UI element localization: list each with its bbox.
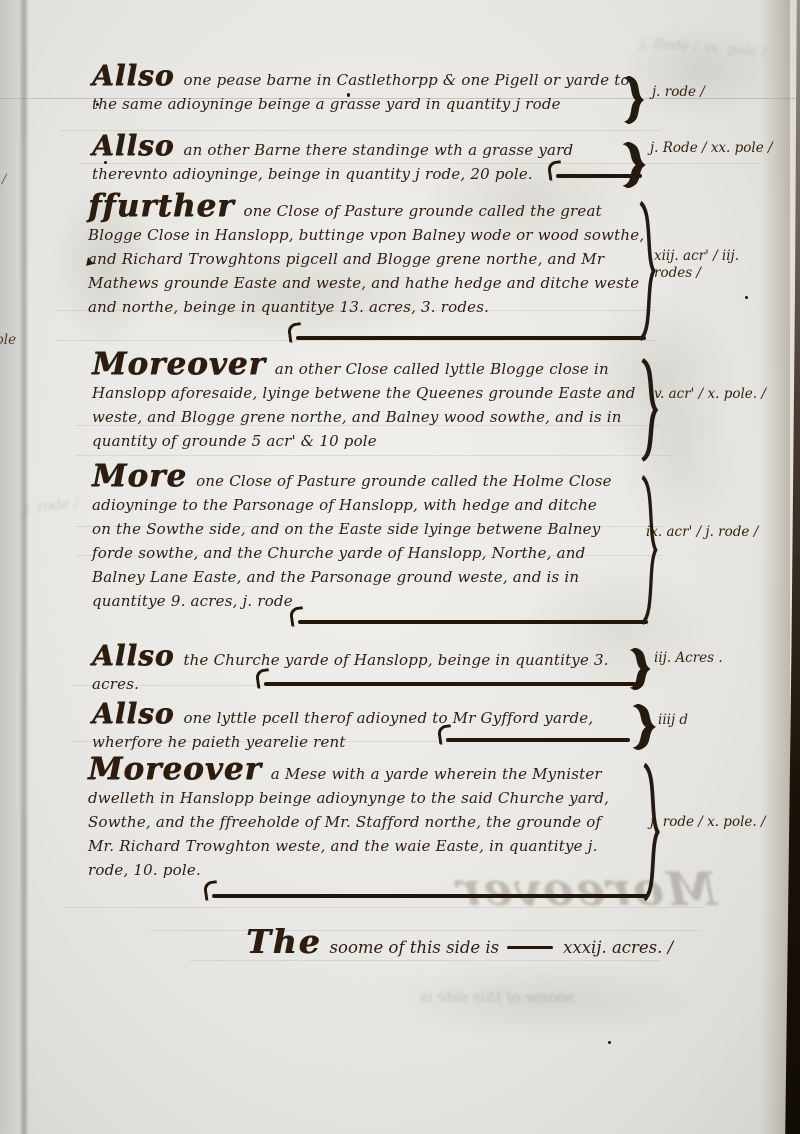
closing-pen-rule bbox=[212, 894, 648, 898]
margin-note: ix. acr' / j. rode / bbox=[646, 524, 786, 541]
survey-entry: Moreone Close of Pasture grounde called … bbox=[92, 464, 617, 613]
survey-entry: Moreovera Mese with a yarde wherein the … bbox=[88, 757, 610, 882]
manuscript-page: Moreover soome of this side is j. rode /… bbox=[0, 0, 800, 1134]
margin-brace bbox=[640, 762, 662, 902]
entry-keyword: Allso bbox=[92, 697, 183, 730]
margin-note: xiij. acr' / iij. rodes / bbox=[654, 248, 774, 282]
ruled-line bbox=[55, 340, 655, 341]
margin-note: j. rode / bbox=[652, 84, 772, 101]
survey-entry: Allsoone lyttle pcell therof adioyned to… bbox=[92, 702, 632, 754]
bleedthrough-text: soome of this side is bbox=[420, 988, 574, 1006]
margin-brace bbox=[630, 704, 656, 750]
closing-pen-rule bbox=[556, 174, 642, 178]
closing-pen-rule bbox=[264, 682, 636, 686]
sum-keyword: The bbox=[246, 922, 330, 961]
margin-note: iij. Acres . bbox=[654, 650, 774, 667]
bleedthrough-text: j. Rode / xx. pole / bbox=[640, 36, 768, 61]
margin-note: iiij d bbox=[658, 712, 758, 729]
entry-keyword: Allso bbox=[92, 129, 183, 162]
sum-body: soome of this side is bbox=[330, 938, 500, 957]
margin-note: j. rode / x. pole. / bbox=[650, 814, 780, 831]
sum-value: xxxij. acres. / bbox=[563, 938, 673, 957]
ink-speck bbox=[104, 161, 107, 164]
entry-body: one Close of Pasture grounde called the … bbox=[92, 472, 612, 610]
bleedthrough-smudge bbox=[380, 960, 710, 1040]
closing-pen-rule bbox=[296, 336, 646, 340]
ink-speck bbox=[347, 93, 350, 97]
edge-text-fragment: pole bbox=[0, 332, 18, 354]
entry-keyword: Allso bbox=[92, 639, 183, 672]
survey-entry: Allsothe Churche yarde of Hanslopp, bein… bbox=[92, 644, 617, 696]
ink-speck bbox=[608, 1041, 611, 1044]
margin-note: j. Rode / xx. pole / bbox=[650, 140, 795, 157]
bleedthrough-text: j. rode / bbox=[23, 495, 79, 517]
survey-entry: ffurtherone Close of Pasture grounde cal… bbox=[88, 194, 648, 319]
ruled-line bbox=[65, 907, 705, 908]
gutter-fold-line bbox=[19, 0, 29, 1134]
edge-text-fragment: / bbox=[2, 172, 6, 187]
survey-entry: Allsoone pease barne in Castlethorpp & o… bbox=[92, 64, 652, 116]
margin-brace bbox=[638, 474, 660, 626]
entry-keyword: Allso bbox=[92, 59, 183, 92]
entry-keyword: ffurther bbox=[88, 188, 243, 224]
sum-dash-rule bbox=[507, 946, 553, 950]
closing-pen-rule bbox=[446, 738, 630, 742]
entry-keyword: Moreover bbox=[88, 751, 271, 787]
survey-entry: Allsoan other Barne there standinge wth … bbox=[92, 134, 647, 186]
closing-pen-rule bbox=[298, 620, 648, 624]
ruled-line bbox=[75, 455, 670, 456]
entry-keyword: More bbox=[92, 458, 196, 494]
entry-keyword: Moreover bbox=[92, 346, 275, 382]
margin-note: v. acr' / x. pole. / bbox=[654, 386, 779, 403]
sum-line: Thesoome of this side isxxxij. acres. / bbox=[246, 922, 673, 961]
survey-entry: Moreoveran other Close called lyttle Blo… bbox=[92, 352, 650, 453]
ink-speck bbox=[96, 103, 99, 106]
right-edge-shadow bbox=[760, 0, 790, 1134]
ink-speck bbox=[745, 296, 748, 299]
